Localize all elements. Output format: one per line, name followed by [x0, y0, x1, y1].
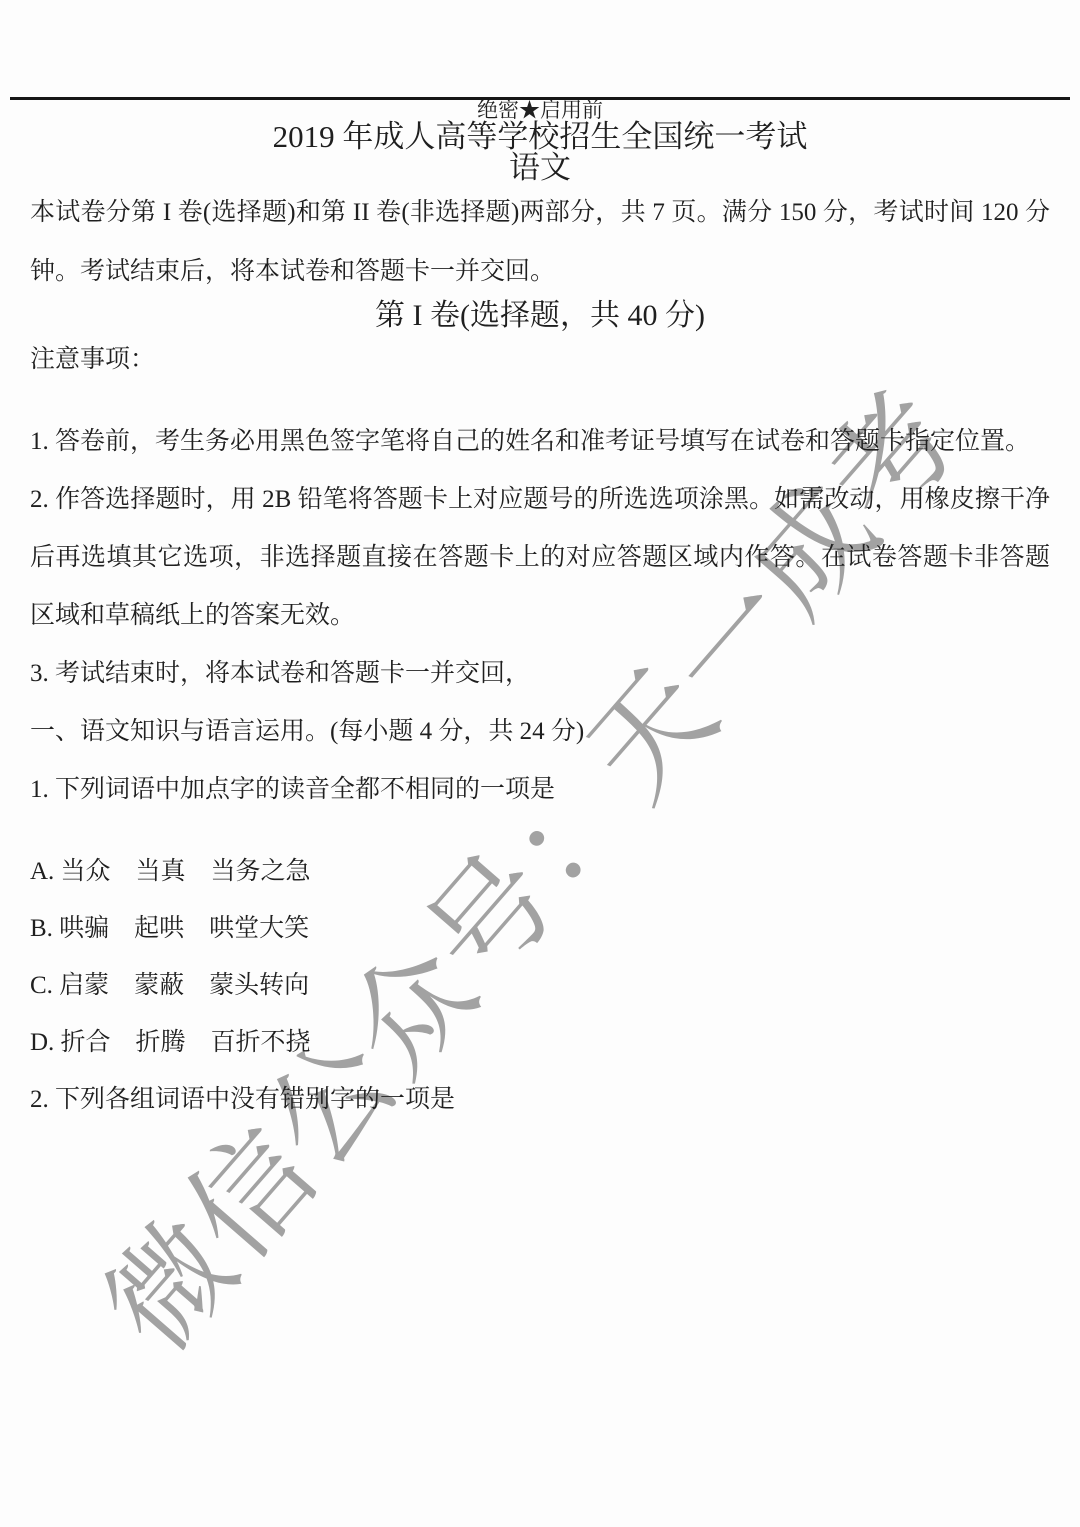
subject-title: 语文 — [30, 152, 1050, 183]
exam-intro-paragraph: 本试卷分第 I 卷(选择题)和第 II 卷(非选择题)两部分，共 7 页。满分 … — [30, 183, 1050, 301]
notice-item-1: 1. 答卷前，考生务必用黑色签字笔将自己的姓名和准考证号填写在试卷和答题卡指定位… — [30, 413, 1050, 471]
exam-paper-page: 微信公众号：天一成考 绝密★启用前 2019 年成人高等学校招生全国统一考试 语… — [0, 0, 1080, 1527]
section1-heading: 第 I 卷(选择题，共 40 分) — [30, 301, 1050, 331]
notice-item-3: 3. 考试结束时，将本试卷和答题卡一并交回， — [30, 645, 1050, 703]
question-1-options: A. 当众 当真 当务之急 B. 哄骗 起哄 哄堂大笑 C. 启蒙 蒙蔽 蒙头转… — [30, 843, 1050, 1071]
question-1-option-a: A. 当众 当真 当务之急 — [30, 843, 1050, 900]
question-1-option-c: C. 启蒙 蒙蔽 蒙头转向 — [30, 957, 1050, 1014]
notice-item-2: 2. 作答选择题时，用 2B 铅笔将答题卡上对应题号的所选选项涂黑。如需改动，用… — [30, 471, 1050, 645]
horizontal-rule — [10, 97, 1070, 100]
question-1-option-d: D. 折合 折腾 百折不挠 — [30, 1014, 1050, 1071]
exam-title: 2019 年成人高等学校招生全国统一考试 — [30, 121, 1050, 152]
classification-label: 绝密★启用前 — [30, 100, 1050, 121]
question-1-stem: 1. 下列词语中加点字的读音全都不相同的一项是 — [30, 761, 1050, 819]
notices-list: 1. 答卷前，考生务必用黑色签字笔将自己的姓名和准考证号填写在试卷和答题卡指定位… — [30, 413, 1050, 703]
part1-heading: 一、语文知识与语言运用。(每小题 4 分，共 24 分) — [30, 703, 1050, 761]
question-2-stem: 2. 下列各组词语中没有错别字的一项是 — [30, 1071, 1050, 1129]
document-content: 绝密★启用前 2019 年成人高等学校招生全国统一考试 语文 本试卷分第 I 卷… — [0, 100, 1080, 1129]
question-1-option-b: B. 哄骗 起哄 哄堂大笑 — [30, 900, 1050, 957]
notices-title: 注意事项： — [30, 331, 1050, 389]
